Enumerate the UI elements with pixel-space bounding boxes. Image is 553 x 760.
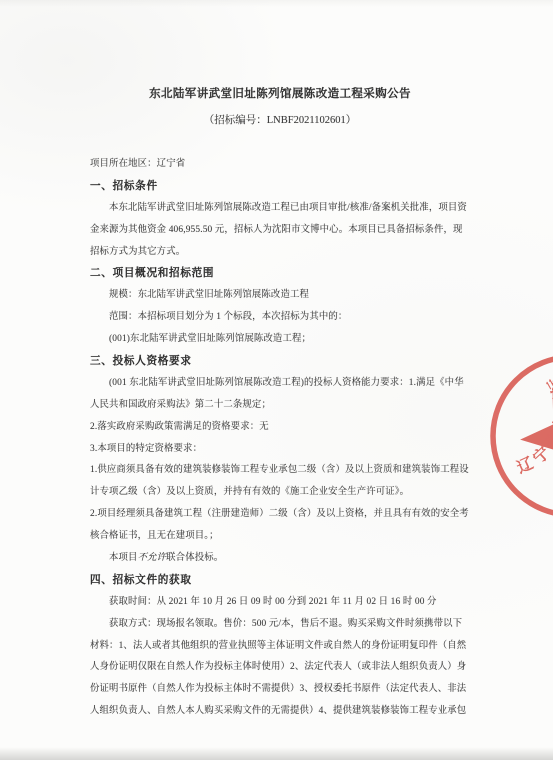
tender-number: （招标编号：LNBF2021102601）	[90, 113, 470, 129]
doc-line: 人身份证明仅限在自然人作为投标主体时使用）2、法定代表人（或非法人组织负责人）身	[90, 657, 470, 679]
doc-line: 材料：1、法人或者其他组织的营业执照等主体证明文件或自然人的身份证明复印件（自然	[90, 636, 470, 658]
doc-line: 2.项目经理须具备建筑工程（注册建造师）二级（含）及以上资格，并且具有有效的安全…	[90, 504, 470, 526]
doc-text: 本项目	[109, 553, 138, 563]
document-body: 项目所在地区：辽宁省一、招标条件本东北陆军讲武堂旧址陈列馆展陈改造工程已由项目审…	[90, 154, 470, 723]
doc-line: 人组织负责人、自然人本人购买采购文件的无需提供）4、提供建筑装修装饰工程专业承包	[90, 701, 470, 723]
document-content: 东北陆军讲武堂旧址陈列馆展陈改造工程采购公告 （招标编号：LNBF2021102…	[90, 86, 470, 723]
doc-line: 1.供应商须具备有效的建筑装修装饰工程专业承包二级（含）及以上资质和建筑装饰工程…	[90, 460, 470, 482]
doc-line: 份证明书原件（自然人作为投标主体时不需提供）3、授权委托书原件（法定代表人、非法	[90, 679, 470, 701]
doc-line: 范围：本招标项目划分为 1 个标段，本次招标为其中的：	[90, 307, 470, 329]
doc-line: (001 东北陆军讲武堂旧址陈列馆展陈改造工程)的投标人资格能力要求：1.满足《…	[90, 373, 470, 395]
red-company-seal: 辽宁北方招标	[468, 350, 553, 522]
emphasized-text: 不允许	[138, 553, 167, 563]
seal-arc-text: 辽宁北方招标	[514, 369, 553, 477]
doc-line: 项目所在地区：辽宁省	[90, 154, 470, 176]
doc-line: (001)东北陆军讲武堂旧址陈列馆展陈改造工程；	[90, 329, 470, 351]
doc-line: 人民共和国政府采购法》第二十二条规定；	[90, 395, 470, 417]
doc-line: 核合格证书，且无在建项目。；	[90, 526, 470, 548]
doc-line: 规模：东北陆军讲武堂旧址陈列馆展陈改造工程	[90, 285, 470, 307]
announcement-title: 东北陆军讲武堂旧址陈列馆展陈改造工程采购公告	[90, 86, 470, 102]
section-heading: 四、招标文件的获取	[90, 570, 470, 592]
doc-line: 2.落实政府采购政策需满足的资格要求：无	[90, 417, 470, 439]
doc-line: 获取方式：现场报名领取。售价：500 元/本，售后不退。购买采购文件时须携带以下	[90, 614, 470, 636]
section-heading: 二、项目概况和招标范围	[90, 263, 470, 285]
doc-line: 本项目不允许联合体投标。	[90, 548, 470, 570]
doc-line: 金来源为其他资金 406,955.50 元，招标人为沈阳市文博中心。本项目已具备…	[90, 220, 470, 242]
doc-text: 联合体投标。	[166, 553, 223, 563]
section-heading: 一、招标条件	[90, 176, 470, 198]
svg-text:辽宁北方招标: 辽宁北方招标	[514, 369, 553, 477]
doc-line: 本东北陆军讲武堂旧址陈列馆展陈改造工程已由项目审批/核准/备案机关批准，项目资	[90, 198, 470, 220]
doc-line: 3.本项目的特定资格要求：	[90, 439, 470, 461]
doc-line: 招标方式为其它方式。	[90, 242, 470, 264]
section-heading: 三、投标人资格要求	[90, 351, 470, 373]
doc-line: 计专项乙级（含）及以上资质，并持有有效的《施工企业安全生产许可证》。	[90, 482, 470, 504]
scanned-document-page: 东北陆军讲武堂旧址陈列馆展陈改造工程采购公告 （招标编号：LNBF2021102…	[0, 0, 553, 760]
doc-line: 获取时间：从 2021 年 10 月 26 日 09 时 00 分到 2021 …	[90, 592, 470, 614]
